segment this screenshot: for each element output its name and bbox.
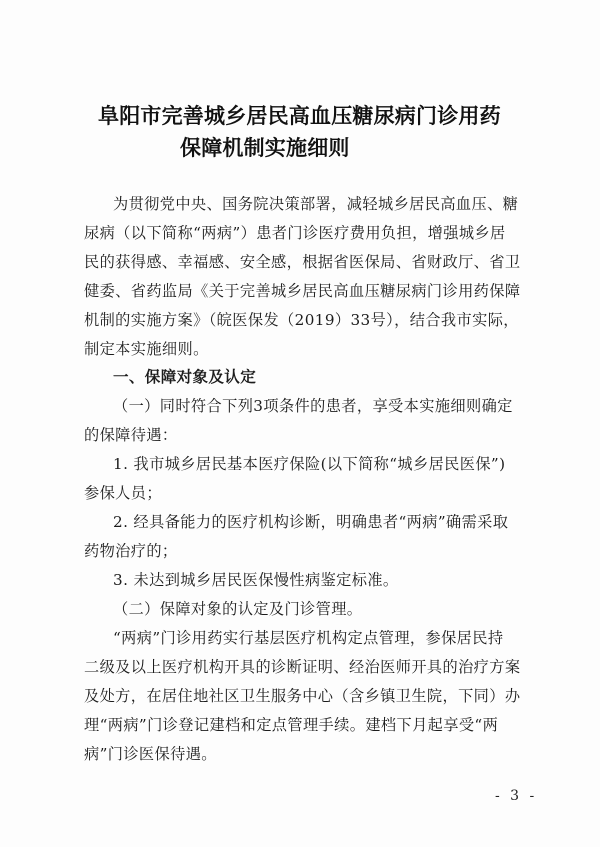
intro-line: 为贯彻党中央、国务院决策部署，减轻城乡居民高血压、糖: [113, 194, 520, 214]
intro-line: 机制的实施方案》（皖医保发（2019）33号），结合我市实际，: [84, 310, 520, 330]
intro-line: 健委、省药监局《关于完善城乡居民高血压糖尿病门诊用药保障: [84, 281, 520, 301]
document-page: 阜阳市完善城乡居民高血压糖尿病门诊用药 保障机制实施细则 为贯彻党中央、国务院决…: [0, 0, 600, 847]
list-item-2-cont: 药物治疗的；: [84, 541, 520, 561]
document-title-line-1: 阜阳市完善城乡居民高血压糖尿病门诊用药: [98, 100, 518, 130]
intro-line: 尿病（以下简称“两病”）患者门诊医疗费用负担，增强城乡居: [84, 223, 520, 243]
list-item-1-cont: 参保人员；: [84, 483, 520, 503]
list-item-3: 3. 未达到城乡居民医保慢性病鉴定标准。: [113, 570, 520, 590]
intro-line: 民的获得感、幸福感、安全感，根据省医保局、省财政厅、省卫: [84, 252, 520, 272]
subsection-2-heading: （二）保障对象的认定及门诊管理。: [113, 599, 520, 619]
subsection-line: （一）同时符合下列3项条件的患者，享受本实施细则确定: [113, 396, 520, 416]
subsection-line: 的保障待遇：: [84, 425, 520, 445]
page-number: - 3 -: [495, 788, 537, 804]
paragraph-line: “两病”门诊用药实行基层医疗机构定点管理，参保居民持: [113, 628, 520, 648]
document-title-line-2: 保障机制实施细则: [180, 132, 440, 162]
paragraph-line: 及处方，在居住地社区卫生服务中心（含乡镇卫生院，下同）办: [84, 686, 520, 706]
section-heading: 一、保障对象及认定: [113, 367, 520, 387]
list-item-2: 2. 经具备能力的医疗机构诊断，明确患者“两病”确需采取: [113, 512, 520, 532]
intro-line: 制定本实施细则。: [84, 339, 520, 359]
paragraph-line: 二级及以上医疗机构开具的诊断证明、经治医师开具的治疗方案: [84, 657, 520, 677]
paragraph-line: 病”门诊医保待遇。: [84, 744, 520, 764]
paragraph-line: 理“两病”门诊登记建档和定点管理手续。建档下月起享受“两: [84, 715, 520, 735]
list-item-1: 1. 我市城乡居民基本医疗保险(以下简称“城乡居民医保”): [113, 454, 520, 474]
